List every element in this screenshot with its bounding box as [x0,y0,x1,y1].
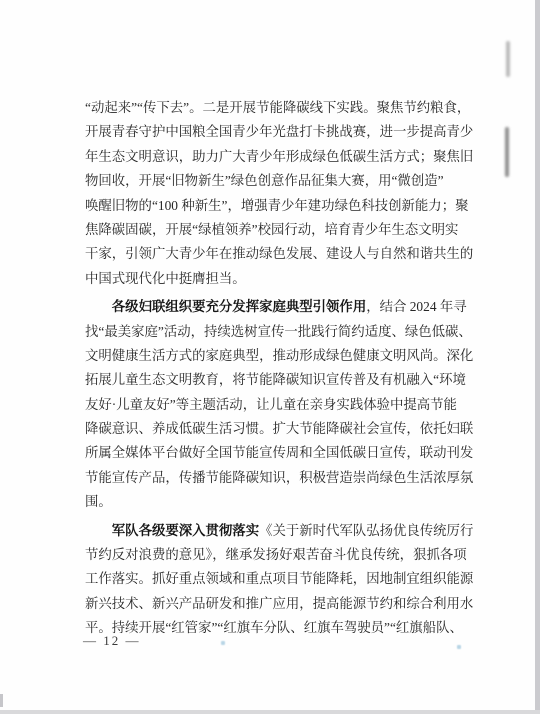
text-segment: 友好·儿童友好”等主题活动，让儿童在亲身实践体验中提高节能 [85,397,457,412]
text-segment: 围。 [85,494,112,509]
text-line: 找“最美家庭”活动，持续选树宣传一批践行简约适度、绿色低碳、 [85,320,469,344]
text-segment: 开展青春守护中国粮全国青少年光盘打卡挑战赛，进一步提高青少 [85,124,473,139]
text-line: 降碳意识、养成低碳生活习惯。扩大节能降碳社会宣传，依托妇联 [85,417,469,441]
text-segment: 节能宣传产品，传播节能降碳知识，积极营造崇尚绿色生活浓厚氛 [85,470,473,485]
page-number: — 12 — [83,633,141,649]
text-line: 军队各级要深入贯彻落实《关于新时代军队弘扬优良传统厉行 [85,519,469,543]
bold-text-segment: 各级妇联组织要充分发挥家庭典型引领作用 [112,299,366,314]
text-segment: 新兴技术、新兴产品研发和推广应用，提高能源节约和综合利用水 [85,596,473,611]
scan-edge-right [535,0,540,714]
text-segment: 所属全媒体平台做好全国节能宣传周和全国低碳日宣传，联动刊发 [85,445,473,460]
text-segment: 唤醒旧物的“100 种新生”，增强青少年建功绿色科技创新能力；聚 [85,198,468,213]
paragraph-1: “动起来”“传下去”。二是开展节能降碳线下实践。聚焦节约粮食，开展青春守护中国粮… [85,96,469,291]
bold-text-segment: 军队各级要深入贯彻落实 [112,523,259,538]
text-line: 所属全媒体平台做好全国节能宣传周和全国低碳日宣传，联动刊发 [85,441,469,465]
text-segment: 找“最美家庭”活动，持续选树宣传一批践行简约适度、绿色低碳、 [85,324,472,339]
paragraph-3: 军队各级要深入贯彻落实《关于新时代军队弘扬优良传统厉行节约反对浪费的意见》，继承… [85,519,469,641]
scan-notch-left [0,694,3,707]
text-segment: ，结合 2024 年寻 [366,299,466,314]
text-line: 开展青春守护中国粮全国青少年光盘打卡挑战赛，进一步提高青少 [85,120,469,144]
text-line: 各级妇联组织要充分发挥家庭典型引领作用，结合 2024 年寻 [85,295,469,319]
ink-smudge-top [506,41,510,77]
text-line: 文明健康生活方式的家庭典型，推动形成绿色健康文明风尚。深化 [85,344,469,368]
text-segment: 中国式现代化中挺膺担当。 [85,271,246,286]
text-segment: 拓展儿童生态文明教育，将节能降碳知识宣传普及有机融入“环境 [85,372,466,387]
ink-smudge-mid [505,127,509,177]
text-line: 友好·儿童友好”等主题活动，让儿童在亲身实践体验中提高节能 [85,393,469,417]
text-line: 节能宣传产品，传播节能降碳知识，积极营造崇尚绿色生活浓厚氛 [85,466,469,490]
text-line: 焦降碳固碳，开展“绿植领养”校园行动，培育青少年生态文明实 [85,218,469,242]
text-line: 年生态文明意识，助力广大青少年形成绿色低碳生活方式；聚焦旧 [85,145,469,169]
text-line: 干家，引领广大青少年在推动绿色发展、建设人与自然和谐共生的 [85,242,469,266]
text-line: 围。 [85,490,469,514]
text-segment: 《关于新时代军队弘扬优良传统厉行 [259,523,473,538]
blue-speck-2 [457,645,461,649]
text-segment: 工作落实。抓好重点领域和重点项目节能降耗，因地制宜组织能源 [85,571,473,586]
text-line: 中国式现代化中挺膺担当。 [85,267,469,291]
text-segment: “动起来”“传下去”。二是开展节能降碳线下实践。聚焦节约粮食， [85,100,470,115]
text-line: 唤醒旧物的“100 种新生”，增强青少年建功绿色科技创新能力；聚 [85,194,469,218]
scan-edge-bottom [0,710,540,714]
text-segment: 焦降碳固碳，开展“绿植领养”校园行动，培育青少年生态文明实 [85,222,458,237]
blue-speck-1 [221,641,225,645]
text-line: 工作落实。抓好重点领域和重点项目节能降耗，因地制宜组织能源 [85,567,469,591]
text-line: 新兴技术、新兴产品研发和推广应用，提高能源节约和综合利用水 [85,592,469,616]
text-line: 物回收，开展“旧物新生”绿色创意作品征集大赛，用“微创造” [85,169,469,193]
text-segment: 年生态文明意识，助力广大青少年形成绿色低碳生活方式；聚焦旧 [85,149,473,164]
text-line: 节约反对浪费的意见》，继承发扬好艰苦奋斗优良传统，狠抓各项 [85,543,469,567]
text-line: 平。持续开展“红管家”“红旗车分队、红旗车驾驶员”“红旗船队、 [85,616,469,640]
text-segment: 降碳意识、养成低碳生活习惯。扩大节能降碳社会宣传，依托妇联 [85,421,473,436]
text-segment: 平。持续开展“红管家”“红旗车分队、红旗车驾驶员”“红旗船队、 [85,620,463,635]
body-text: “动起来”“传下去”。二是开展节能降碳线下实践。聚焦节约粮食，开展青春守护中国粮… [85,96,469,645]
text-segment: 文明健康生活方式的家庭典型，推动形成绿色健康文明风尚。深化 [85,348,473,363]
paragraph-2: 各级妇联组织要充分发挥家庭典型引领作用，结合 2024 年寻找“最美家庭”活动，… [85,295,469,515]
text-line: 拓展儿童生态文明教育，将节能降碳知识宣传普及有机融入“环境 [85,368,469,392]
text-segment: 节约反对浪费的意见》，继承发扬好艰苦奋斗优良传统，狠抓各项 [85,547,467,562]
text-segment: 干家，引领广大青少年在推动绿色发展、建设人与自然和谐共生的 [85,246,473,261]
text-segment: 物回收，开展“旧物新生”绿色创意作品征集大赛，用“微创造” [85,173,444,188]
text-line: “动起来”“传下去”。二是开展节能降碳线下实践。聚焦节约粮食， [85,96,469,120]
